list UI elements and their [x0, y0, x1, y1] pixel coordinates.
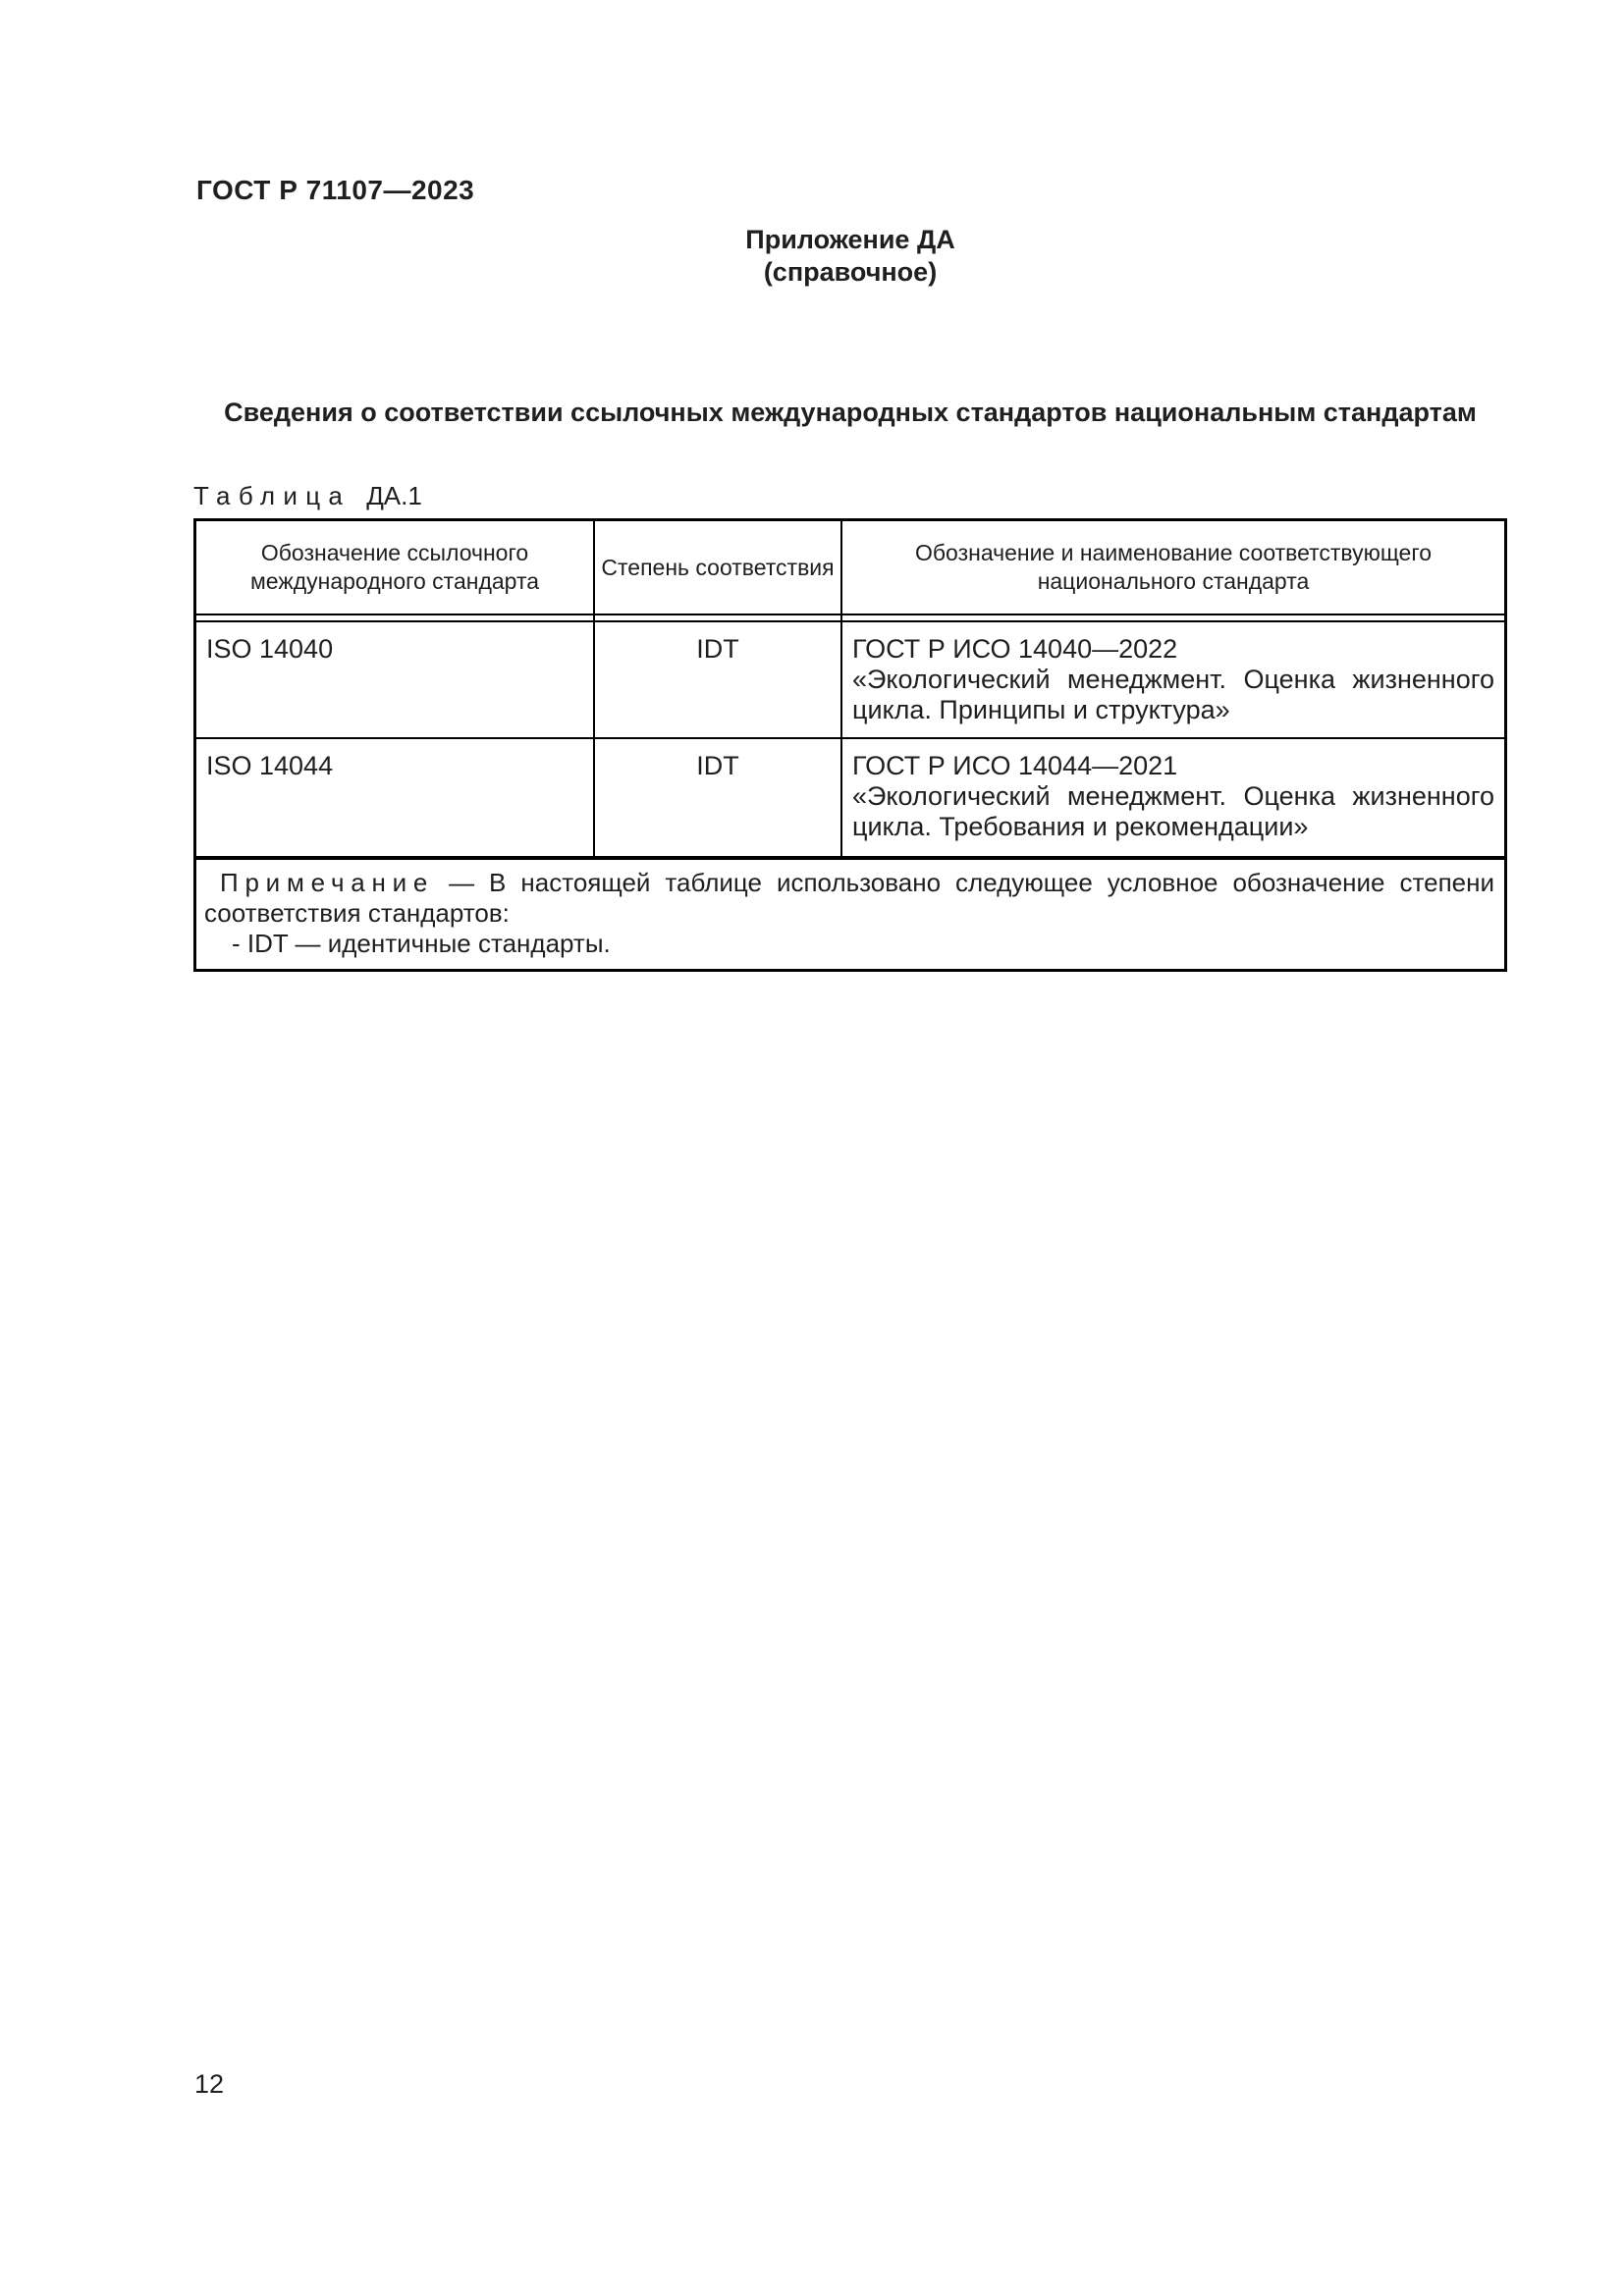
rule-segment: [196, 615, 595, 620]
national-standard-name: «Экологический менеджмент. Оценка жизнен…: [852, 781, 1494, 842]
table-row: ISO 14044 IDT ГОСТ Р ИСО 14044—2021 «Эко…: [196, 739, 1504, 860]
national-standard-name: «Экологический менеджмент. Оценка жизнен…: [852, 665, 1494, 725]
correspondence-table: Обозначение ссылочного международного ст…: [193, 518, 1507, 972]
cell-reference-standard: ISO 14040: [196, 622, 595, 737]
table-header-row: Обозначение ссылочного международного ст…: [196, 521, 1504, 615]
table-header-label: Обозначение и наименование соответствующ…: [860, 539, 1487, 596]
note-paragraph: Примечание — В настоящей таблице использ…: [204, 868, 1494, 929]
table-caption-label: Таблица: [193, 481, 351, 510]
section-title: Сведения о соответствии ссылочных междун…: [193, 397, 1507, 428]
table-header-reference-standard: Обозначение ссылочного международного ст…: [196, 521, 595, 614]
cell-reference-standard: ISO 14044: [196, 739, 595, 856]
note-label: Примечание: [220, 868, 434, 897]
appendix-subtitle: (справочное): [193, 256, 1507, 289]
cell-degree: IDT: [595, 622, 842, 737]
standard-designation: ГОСТ Р 71107—2023: [196, 175, 474, 206]
table-header-national-standard: Обозначение и наименование соответствующ…: [842, 521, 1504, 614]
table-header-label: Обозначение ссылочного международного ст…: [214, 539, 575, 596]
page-number: 12: [194, 2069, 224, 2100]
rule-segment: [842, 615, 1504, 620]
cell-degree: IDT: [595, 739, 842, 856]
appendix-title: Приложение ДА: [193, 224, 1507, 256]
table-caption: ТаблицаДА.1: [193, 481, 422, 511]
table-header-label: Степень соответствия: [601, 554, 834, 582]
national-standard-designation: ГОСТ Р ИСО 14040—2022: [852, 634, 1494, 665]
table-row: ISO 14040 IDT ГОСТ Р ИСО 14040—2022 «Эко…: [196, 622, 1504, 739]
table-note: Примечание — В настоящей таблице использ…: [196, 860, 1504, 969]
rule-segment: [595, 615, 842, 620]
header-body-double-rule: [196, 615, 1504, 622]
appendix-heading: Приложение ДА (справочное): [193, 224, 1507, 289]
table-caption-number: ДА.1: [366, 481, 422, 510]
cell-national-standard: ГОСТ Р ИСО 14044—2021 «Экологический мен…: [842, 739, 1504, 856]
document-page: ГОСТ Р 71107—2023 Приложение ДА (справоч…: [0, 0, 1624, 2296]
table-header-degree: Степень соответствия: [595, 521, 842, 614]
national-standard-designation: ГОСТ Р ИСО 14044—2021: [852, 751, 1494, 781]
cell-national-standard: ГОСТ Р ИСО 14040—2022 «Экологический мен…: [842, 622, 1504, 737]
note-item: - IDT — идентичные стандарты.: [204, 929, 1494, 959]
